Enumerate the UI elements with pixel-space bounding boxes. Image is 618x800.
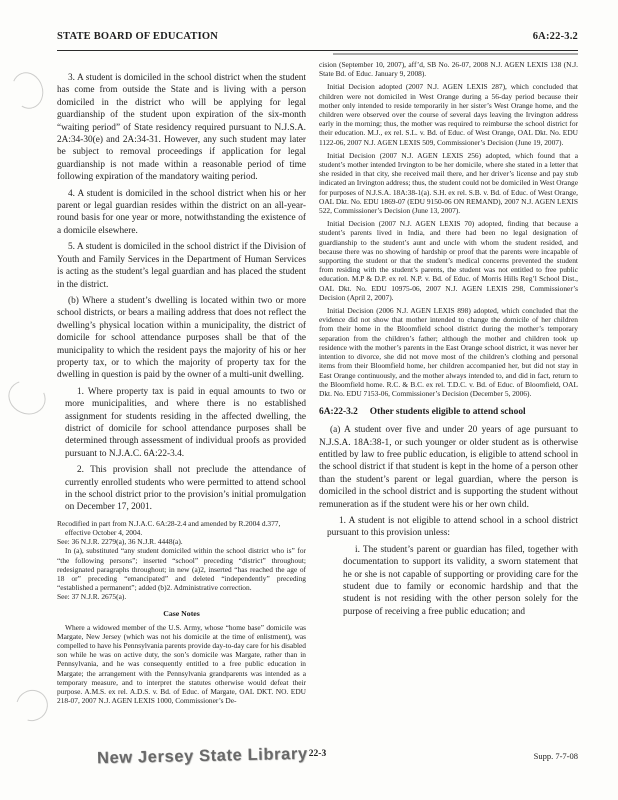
pen-circle-mark-bottom bbox=[10, 684, 53, 727]
scanned-document-page: STATE BOARD OF EDUCATION 6A:22-3.2 3. A … bbox=[0, 0, 618, 800]
page-number: 22-3 bbox=[57, 749, 578, 759]
header-right-section-number: 6A:22-3.2 bbox=[533, 31, 578, 42]
history-amendment: In (a), substituted “any student domicil… bbox=[57, 546, 306, 592]
paragraph-section-a: (a) A student over five and under 20 yea… bbox=[319, 424, 578, 511]
case-note-lexis-287: Initial Decision adopted (2007 N.J. AGEN… bbox=[319, 82, 578, 146]
case-note-margate: Where a widowed member of the U.S. Army,… bbox=[57, 623, 306, 706]
paragraph-a5: 5. A student is domiciled in the school … bbox=[57, 241, 306, 291]
running-header: STATE BOARD OF EDUCATION 6A:22-3.2 bbox=[57, 31, 578, 42]
pen-circle-mark-top bbox=[7, 68, 48, 113]
history-see-1: See: 36 N.J.R. 2279(a), 36 N.J.R. 4448(a… bbox=[57, 537, 306, 546]
paragraph-b1: 1. Where property tax is paid in equal a… bbox=[65, 386, 306, 460]
supplement-date: Supp. 7-7-08 bbox=[534, 751, 578, 761]
history-see-2: See: 37 N.J.R. 2675(a). bbox=[57, 592, 306, 601]
case-note-lexis-898: Initial Decision (2006 N.J. AGEN LEXIS 8… bbox=[319, 306, 578, 398]
paragraph-a4: 4. A student is domiciled in the school … bbox=[57, 188, 306, 238]
history-recodified: Recodified in part from N.J.A.C. 6A:28-2… bbox=[57, 519, 306, 537]
two-column-text: 3. A student is domiciled in the school … bbox=[57, 58, 578, 705]
case-notes-heading: Case Notes bbox=[57, 609, 306, 618]
paragraph-b2: 2. This provision shall not preclude the… bbox=[65, 464, 306, 514]
left-column: 3. A student is domiciled in the school … bbox=[57, 58, 306, 705]
paragraph-section-a1i: i. The student’s parent or guardian has … bbox=[343, 544, 578, 618]
history-note-block: Recodified in part from N.J.A.C. 6A:28-2… bbox=[57, 519, 306, 602]
case-note-lexis-256: Initial Decision (2007 N.J. AGEN LEXIS 2… bbox=[319, 151, 578, 215]
section-number: 6A:22-3.2 bbox=[319, 407, 358, 417]
right-column: cision (September 10, 2007), aff’d, SB N… bbox=[319, 58, 578, 705]
header-left-title: STATE BOARD OF EDUCATION bbox=[57, 31, 218, 42]
section-title: Other students eligible to attend school bbox=[370, 407, 526, 417]
paragraph-b: (b) Where a student’s dwelling is locate… bbox=[57, 295, 306, 382]
case-note-lexis-70: Initial Decision (2007 N.J. AGEN LEXIS 7… bbox=[319, 219, 578, 302]
section-heading: 6A:22-3.2Other students eligible to atte… bbox=[319, 407, 578, 417]
paragraph-section-a1: 1. A student is not eligible to attend s… bbox=[327, 515, 578, 540]
header-rule bbox=[57, 50, 578, 51]
paragraph-a3: 3. A student is domiciled in the school … bbox=[57, 72, 306, 184]
pen-circle-mark-middle bbox=[3, 375, 51, 421]
case-note-continuation: cision (September 10, 2007), aff’d, SB N… bbox=[319, 60, 578, 78]
